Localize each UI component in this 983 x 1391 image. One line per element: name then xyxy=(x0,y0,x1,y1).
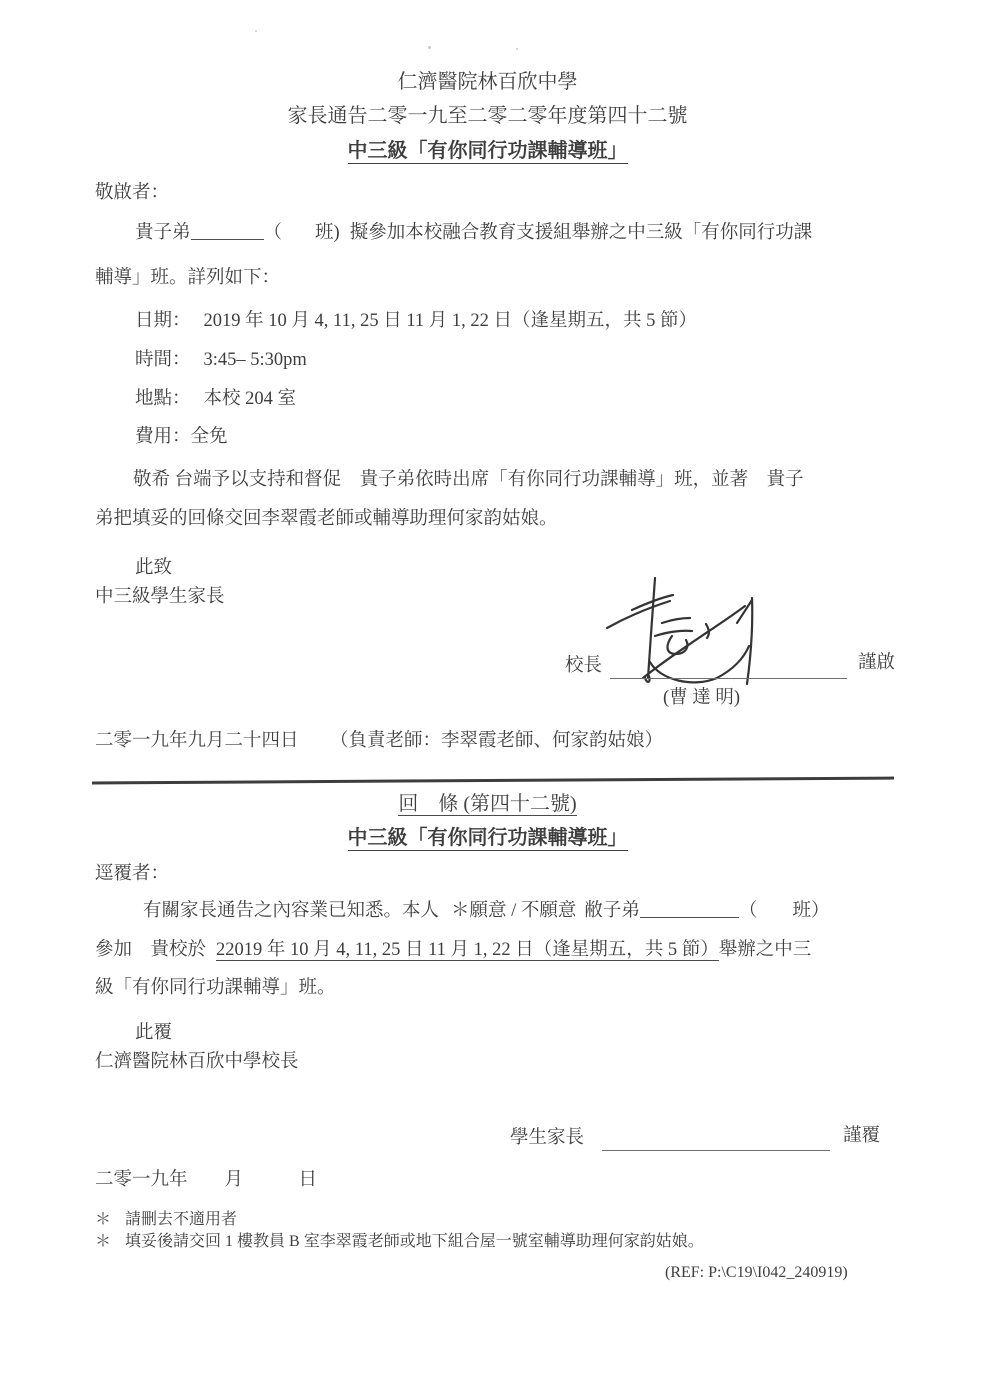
reply-slip-subtitle: 中三級「有你同行功課輔導班」 xyxy=(0,826,975,851)
detail-value: 2019 年 10 月 4, 11, 25 日 11 月 1, 22 日（逢星期… xyxy=(204,311,698,331)
detail-label: 地點： xyxy=(135,388,191,411)
reply-underlined-date: 22019 年 10 月 4, 11, 25 日 11 月 1, 22 日（逢星… xyxy=(216,940,719,961)
letter-date: 二零一九年九月二十四日 xyxy=(95,730,299,753)
principal-handwritten-signature xyxy=(585,570,767,692)
footnote-2: ＊填妥後請交回 1 樓教員 B 室李翠霞老師或地下組合屋一號室輔導助理何家韵姑娘… xyxy=(95,1232,704,1252)
reply-line2: 參加 貴校於22019 年 10 月 4, 11, 25 日 11 月 1, 2… xyxy=(95,939,811,962)
asterisk-marker: ＊ xyxy=(95,1232,111,1252)
reply-salutation: 逕覆者： xyxy=(95,863,169,886)
detail-label: 時間： xyxy=(135,349,191,372)
detail-row-time: 時間：3:45– 5:30pm xyxy=(135,349,307,372)
detail-row-venue: 地點：本校 204 室 xyxy=(135,388,296,411)
detail-label: 日期： xyxy=(135,310,191,333)
child-name-blank xyxy=(191,239,264,240)
school-name: 仁濟醫院林百欣中學 xyxy=(0,70,975,95)
letter-para2-line2: 弟把填妥的回條交回李翠霞老師或輔導助理何家韵姑娘。 xyxy=(95,508,558,531)
reply-line2-suffix: 舉辦之中三 xyxy=(719,940,812,960)
child-label: 貴子弟 xyxy=(135,223,191,243)
principal-signature-suffix: 謹啟 xyxy=(858,652,895,675)
para1-text: 擬參加本校融合教育支援組舉辦之中三級「有你同行功課 xyxy=(350,223,813,243)
principal-signature-line xyxy=(610,678,847,679)
reply-date-line: 二零一九年 月 日 xyxy=(95,1169,317,1192)
detail-value: 3:45– 5:30pm xyxy=(204,350,307,370)
footnote-1: ＊請刪去不適用者 xyxy=(95,1210,237,1230)
responsible-teachers: （負責老師：李翠霞老師、何家韵姑娘） xyxy=(330,730,663,753)
letter-para1-line2: 輔導」班。詳列如下： xyxy=(95,267,280,290)
letter-para2-line1: 敬希 台端予以支持和督促 貴子弟依時出席「有你同行功課輔導」班，並著 貴子 xyxy=(133,469,804,492)
reply-child-name-blank xyxy=(640,917,739,918)
scan-artifact-dot xyxy=(428,46,431,49)
reply-line1: 有關家長通告之內容業已知悉。本人＊願意 / 不願意敝子弟（班） xyxy=(143,900,829,923)
reply-closing-recipient: 仁濟醫院林百欣中學校長 xyxy=(95,1051,299,1074)
detail-value: 本校 204 室 xyxy=(204,389,297,409)
willing-options: ＊願意 / 不願意 xyxy=(451,901,576,921)
detail-row-fee: 費用：全免 xyxy=(135,426,228,449)
letter-para1-line1: 貴子弟（班)擬參加本校融合教育支援組舉辦之中三級「有你同行功課 xyxy=(135,222,812,245)
reply-slip-title: 回 條 (第四十二號) xyxy=(0,792,975,817)
document-ref: (REF: P:\C19\I042_240919) xyxy=(665,1263,848,1283)
letter-closing-cicshi: 此致 xyxy=(135,557,172,580)
principal-name: (曹 達 明) xyxy=(663,687,740,710)
parent-signature-suffix: 謹覆 xyxy=(843,1125,880,1148)
reply-slip-subtitle-text: 中三級「有你同行功課輔導班」 xyxy=(348,827,628,851)
principal-signature-label: 校長 xyxy=(565,655,602,678)
letter-closing-recipient: 中三級學生家長 xyxy=(95,586,225,609)
reply-acknowledge-text: 有關家長通告之內容業已知悉。本人 xyxy=(143,901,439,921)
letter-salutation: 敬啟者： xyxy=(95,182,169,205)
class-label: 班) xyxy=(315,223,340,243)
reply-line3: 級「有你同行功課輔導」班。 xyxy=(95,977,336,1000)
detail-row-date: 日期：2019 年 10 月 4, 11, 25 日 11 月 1, 22 日（… xyxy=(135,310,697,333)
notice-title-text: 中三級「有你同行功課輔導班」 xyxy=(348,140,628,164)
paren-open: （ xyxy=(264,223,283,243)
parent-signature-line xyxy=(602,1150,830,1151)
notice-number: 家長通告二零一九至二零二零年度第四十二號 xyxy=(0,104,975,129)
detail-label: 費用： xyxy=(135,426,191,449)
notice-title: 中三級「有你同行功課輔導班」 xyxy=(0,139,975,164)
footnote-text: 填妥後請交回 1 樓教員 B 室李翠霞老師或地下組合屋一號室輔導助理何家韵姑娘。 xyxy=(125,1233,704,1250)
section-divider xyxy=(92,777,894,785)
footnote-text: 請刪去不適用者 xyxy=(125,1211,237,1228)
asterisk-marker: ＊ xyxy=(95,1210,111,1230)
reply-paren-open: （ xyxy=(739,901,758,921)
reply-line2-prefix: 參加 貴校於 xyxy=(95,940,206,960)
reply-class-label: 班） xyxy=(792,901,829,921)
reply-child-label: 敝子弟 xyxy=(584,901,640,921)
parent-signature-label: 學生家長 xyxy=(510,1127,584,1150)
scanned-notice-page: 仁濟醫院林百欣中學 家長通告二零一九至二零二零年度第四十二號 中三級「有你同行功… xyxy=(0,0,983,1391)
scan-artifact-dot xyxy=(255,30,257,32)
scan-artifact-dot xyxy=(516,48,518,50)
detail-value: 全免 xyxy=(191,427,228,447)
reply-closing-cifu: 此覆 xyxy=(135,1022,172,1045)
reply-slip-title-text: 回 條 (第四十二號) xyxy=(398,793,576,816)
